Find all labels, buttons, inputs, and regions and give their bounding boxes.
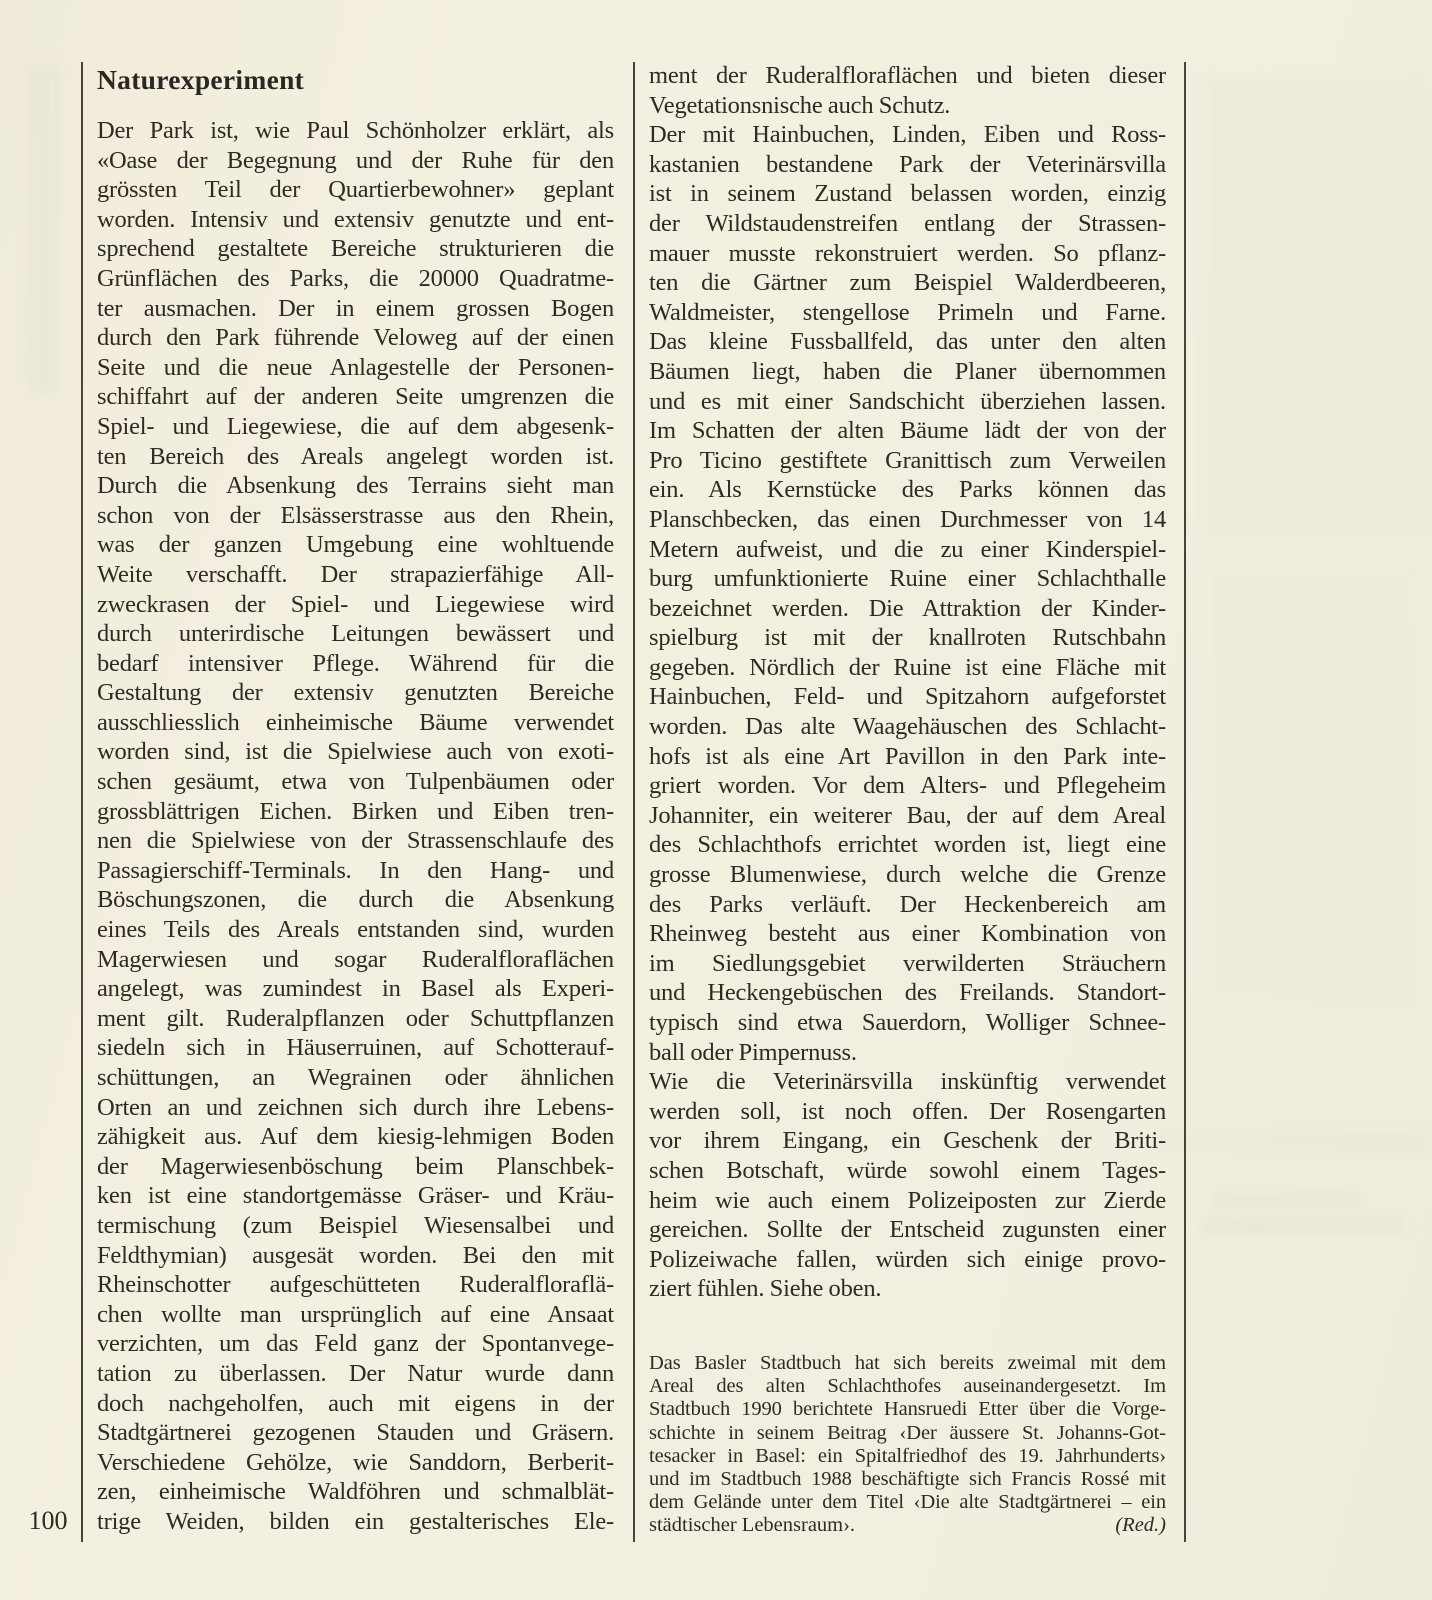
text-line: Polizeiwache fallen, würden sich einige …: [649, 1245, 1166, 1275]
text-line: Areal des alten Schlachthofes auseinande…: [649, 1375, 1166, 1398]
text-line: des Schlachthofs errichtet worden ist, l…: [649, 830, 1166, 860]
showthrough-text-smudge-1: [1210, 1192, 1360, 1208]
section-heading: Naturexperiment: [97, 64, 613, 96]
text-line: Rheinweg besteht aus einer Kombination v…: [649, 919, 1166, 949]
text-line: Planschbecken, das einen Durchmesser von…: [649, 505, 1166, 535]
text-line: ken ist eine standortgemässe Gräser- und…: [97, 1181, 614, 1211]
showthrough-text-smudge-2: [1200, 1218, 1405, 1234]
text-line: Rheinschotter aufgeschütteten Ruderalflo…: [97, 1270, 614, 1300]
text-line: sprechend gestaltete Bereiche strukturie…: [97, 234, 614, 264]
text-line: griert worden. Vor dem Alters- und Pfleg…: [649, 771, 1166, 801]
text-line: worden sind, ist die Spielwiese auch von…: [97, 737, 614, 767]
text-line: schichte in seinem Beitrag ‹Der äussere …: [649, 1422, 1166, 1445]
text-line: bedarf intensiver Pflege. Während für di…: [97, 649, 614, 679]
text-line: Seite und die neue Anlagestelle der Pers…: [97, 353, 614, 383]
text-line: Spiel- und Liegewiese, die auf dem abges…: [97, 412, 614, 442]
text-line: gereichen. Sollte der Entscheid zugunste…: [649, 1215, 1166, 1245]
text-line: ten die Gärtner zum Beispiel Walderdbeer…: [649, 268, 1166, 298]
text-line: Stadtbuch 1990 berichtete Hansruedi Ette…: [649, 1398, 1166, 1421]
text-line: chen wollte man ursprünglich auf eine An…: [97, 1300, 614, 1330]
scanned-book-page: Naturexperiment Der Park ist, wie Paul S…: [0, 0, 1432, 1600]
text-line: was der ganzen Umgebung eine wohltuende: [97, 530, 614, 560]
text-line: angelegt, was zumindest in Basel als Exp…: [97, 974, 614, 1004]
text-line: Wie die Veterinärsvilla inskünftig verwe…: [649, 1067, 1166, 1097]
text-line: ball oder Pimpernuss.: [649, 1038, 1166, 1068]
text-line: vor ihrem Eingang, ein Geschenk der Brit…: [649, 1126, 1166, 1156]
text-line: durch den Park führende Veloweg auf der …: [97, 323, 614, 353]
text-line: dem Gelände unter dem Titel ‹Die alte St…: [649, 1491, 1166, 1514]
footnote-signature: (Red.): [1115, 1514, 1166, 1537]
text-line: mauer musste rekonstruiert werden. So pf…: [649, 239, 1166, 269]
text-line: doch nachgeholfen, auch mit eigens in de…: [97, 1389, 614, 1419]
text-line: schen Botschaft, würde sowohl einem Tage…: [649, 1156, 1166, 1186]
text-line: Weite verschafft. Der strapazierfähige A…: [97, 560, 614, 590]
text-line: der Magerwiesenböschung beim Planschbek-: [97, 1152, 614, 1182]
text-line: gegeben. Nördlich der Ruine ist eine Flä…: [649, 653, 1166, 683]
text-line: Der mit Hainbuchen, Linden, Eiben und Ro…: [649, 120, 1166, 150]
footnote-last-text: städtischer Lebensraum›.: [649, 1514, 855, 1537]
footnote-last-line: städtischer Lebensraum›. (Red.): [649, 1514, 1166, 1537]
text-line: kastanien bestandene Park der Veterinärs…: [649, 150, 1166, 180]
text-line: Magerwiesen und sogar Ruderalflorafläche…: [97, 945, 614, 975]
text-line: worden. Das alte Waagehäuschen des Schla…: [649, 712, 1166, 742]
left-column-lines: Der Park ist, wie Paul Schönholzer erklä…: [97, 116, 614, 1537]
text-line: durch unterirdische Leitungen bewässert …: [97, 619, 614, 649]
text-line: werden soll, ist noch offen. Der Rosenga…: [649, 1097, 1166, 1127]
text-line: Pro Ticino gestiftete Granittisch zum Ve…: [649, 446, 1166, 476]
text-line: schüttungen, an Wegrainen oder ähnlichen: [97, 1063, 614, 1093]
text-line: trige Weiden, bilden ein gestalterisches…: [97, 1507, 614, 1537]
text-line: tation zu überlassen. Der Natur wurde da…: [97, 1359, 614, 1389]
text-line: des Parks verläuft. Der Heckenbereich am: [649, 890, 1166, 920]
column-rule-right: [1184, 62, 1186, 1542]
text-line: Das Basler Stadtbuch hat sich bereits zw…: [649, 1352, 1166, 1375]
text-line: siedeln sich in Häuserruinen, auf Schott…: [97, 1033, 614, 1063]
text-line: Im Schatten der alten Bäume lädt der von…: [649, 416, 1166, 446]
text-line: Metern aufweist, und die zu einer Kinder…: [649, 535, 1166, 565]
text-line: Gestaltung der extensiv genutzten Bereic…: [97, 678, 614, 708]
text-line: ten Bereich des Areals angelegt worden i…: [97, 442, 614, 472]
text-line: Böschungszonen, die durch die Absenkung: [97, 885, 614, 915]
text-line: Hainbuchen, Feld- und Spitzahorn aufgefo…: [649, 682, 1166, 712]
showthrough-band-right: [1152, 1128, 1432, 1154]
text-line: und Heckengebüschen des Freilands. Stand…: [649, 978, 1166, 1008]
text-line: eines Teils des Areals entstanden sind, …: [97, 915, 614, 945]
text-line: Waldmeister, stengellose Primeln und Far…: [649, 298, 1166, 328]
text-line: der Wildstaudenstreifen entlang der Stra…: [649, 209, 1166, 239]
text-line: ziert fühlen. Siehe oben.: [649, 1274, 1166, 1304]
column-rule-left: [81, 62, 83, 1542]
showthrough-block-right-top: [1198, 70, 1432, 540]
text-line: burg umfunktionierte Ruine einer Schlach…: [649, 564, 1166, 594]
text-line: Verschiedene Gehölze, wie Sanddorn, Berb…: [97, 1448, 614, 1478]
text-line: Grünflächen des Parks, die 20000 Quadrat…: [97, 264, 614, 294]
text-line: Das kleine Fussballfeld, das unter den a…: [649, 327, 1166, 357]
showthrough-block-right-mid: [1198, 560, 1420, 1010]
text-line: ment der Ruderalfloraflächen und bieten …: [649, 61, 1166, 91]
text-line: Durch die Absenkung des Terrains sieht m…: [97, 471, 614, 501]
text-line: Stadtgärtnerei gezogenen Stauden und Grä…: [97, 1418, 614, 1448]
page-number: 100: [24, 1506, 72, 1536]
editorial-footnote: Das Basler Stadtbuch hat sich bereits zw…: [649, 1352, 1166, 1538]
text-line: zen, einheimische Waldföhren und schmalb…: [97, 1477, 614, 1507]
text-line: Feldthymian) ausgesät worden. Bei den mi…: [97, 1241, 614, 1271]
text-line: ment gilt. Ruderalpflanzen oder Schuttpf…: [97, 1004, 614, 1034]
text-line: zweckrasen der Spiel- und Liegewiese wir…: [97, 590, 614, 620]
text-line: ter ausmachen. Der in einem grossen Boge…: [97, 294, 614, 324]
text-line: tesacker in Basel: ein Spitalfriedhof de…: [649, 1445, 1166, 1468]
text-line: zähigkeit aus. Auf dem kiesig-lehmigen B…: [97, 1122, 614, 1152]
text-line: Vegetationsnische auch Schutz.: [649, 91, 1166, 121]
text-line: schon von der Elsässerstrasse aus den Rh…: [97, 501, 614, 531]
text-line: Orten an und zeichnen sich durch ihre Le…: [97, 1093, 614, 1123]
text-line: bezeichnet werden. Die Attraktion der Ki…: [649, 594, 1166, 624]
text-line: verzichten, um das Feld ganz der Spontan…: [97, 1329, 614, 1359]
showthrough-band-left: [26, 62, 60, 394]
text-line: Johanniter, ein weiterer Bau, der auf de…: [649, 801, 1166, 831]
text-line: grossblättrigen Eichen. Birken und Eiben…: [97, 797, 614, 827]
text-line: ausschliesslich einheimische Bäume verwe…: [97, 708, 614, 738]
text-line: «Oase der Begegnung und der Ruhe für den: [97, 146, 614, 176]
text-line: Passagierschiff-Terminals. In den Hang- …: [97, 856, 614, 886]
text-line: ist in seinem Zustand belassen worden, e…: [649, 179, 1166, 209]
text-line: typisch sind etwa Sauerdorn, Wolliger Sc…: [649, 1008, 1166, 1038]
text-line: grössten Teil der Quartierbewohner» gepl…: [97, 175, 614, 205]
text-line: spielburg ist mit der knallroten Rutschb…: [649, 623, 1166, 653]
text-line: hofs ist als eine Art Pavillon in den Pa…: [649, 742, 1166, 772]
text-line: und es mit einer Sandschicht überziehen …: [649, 387, 1166, 417]
text-line: heim wie auch einem Polizeiposten zur Zi…: [649, 1186, 1166, 1216]
text-line: und im Stadtbuch 1988 beschäftigte sich …: [649, 1468, 1166, 1491]
text-line: schen gesäumt, etwa von Tulpenbäumen ode…: [97, 767, 614, 797]
text-line: grosse Blumenwiese, durch welche die Gre…: [649, 860, 1166, 890]
text-line: Bäumen liegt, haben die Planer übernomme…: [649, 357, 1166, 387]
text-line: im Siedlungsgebiet verwilderten Sträuche…: [649, 949, 1166, 979]
text-line: worden. Intensiv und extensiv genutzte u…: [97, 205, 614, 235]
right-column-lines: ment der Ruderalfloraflächen und bieten …: [649, 61, 1166, 1304]
text-line: nen die Spielwiese von der Strassenschla…: [97, 826, 614, 856]
text-line: Der Park ist, wie Paul Schönholzer erklä…: [97, 116, 614, 146]
text-line: termischung (zum Beispiel Wiesensalbei u…: [97, 1211, 614, 1241]
column-rule-middle: [633, 62, 635, 1542]
text-line: schiffahrt auf der anderen Seite umgrenz…: [97, 382, 614, 412]
text-line: ein. Als Kernstücke des Parks können das: [649, 475, 1166, 505]
